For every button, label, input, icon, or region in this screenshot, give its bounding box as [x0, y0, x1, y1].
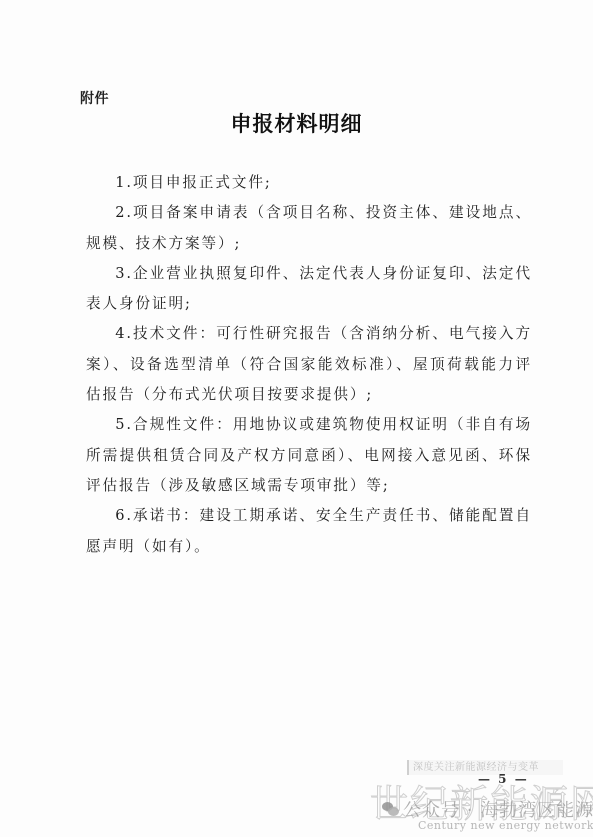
attachment-label: 附件: [80, 88, 109, 108]
document-title: 申报材料明细: [0, 108, 593, 138]
list-item: 4.技术文件：可行性研究报告（含消纳分析、电气接入方案）、设备选型清单（符合国家…: [86, 319, 532, 410]
watermark-english: Century new energy network: [418, 819, 593, 832]
list-item: 5.合规性文件：用地协议或建筑物使用权证明（非自有场所需提供租赁合同及产权方同意…: [86, 410, 532, 501]
document-page: 附件 申报材料明细 1.项目申报正式文件; 2.项目备案申请表（含项目名称、投资…: [0, 0, 593, 837]
wechat-icon: [382, 802, 400, 816]
list-item: 3.企业营业执照复印件、法定代表人身份证复印、法定代表人身份证明;: [86, 259, 532, 320]
list-item: 1.项目申报正式文件;: [86, 168, 532, 198]
list-item: 6.承诺书：建设工期承诺、安全生产责任书、储能配置自愿声明（如有）。: [86, 501, 532, 562]
list-item: 2.项目备案申请表（含项目名称、投资主体、建设地点、规模、技术方案等）;: [86, 198, 532, 259]
materials-list: 1.项目申报正式文件; 2.项目备案申请表（含项目名称、投资主体、建设地点、规模…: [86, 168, 532, 562]
page-number: — 5 —: [478, 772, 529, 786]
